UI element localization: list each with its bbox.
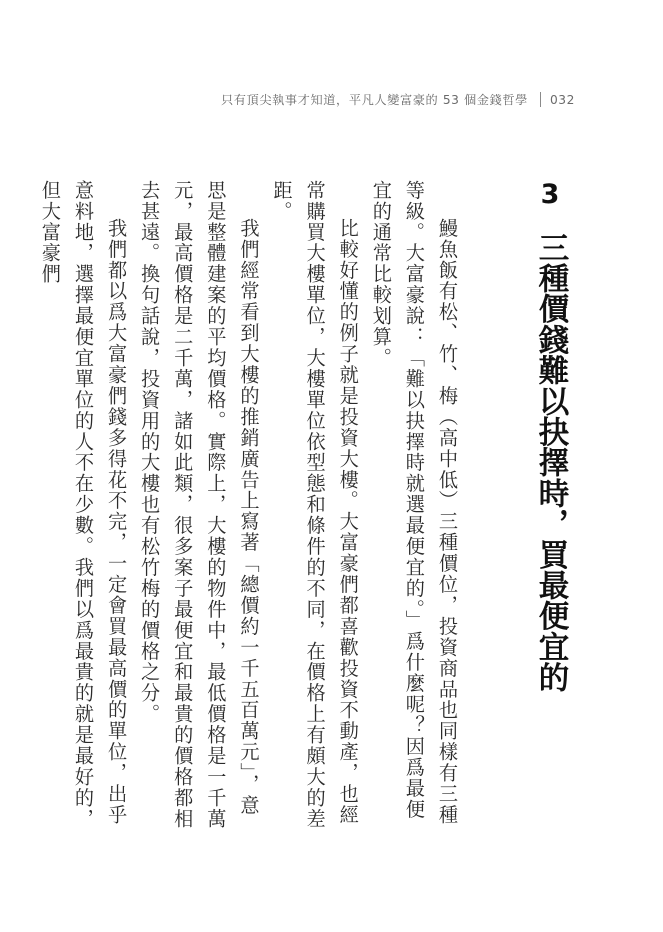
book-page: 只有頂尖執事才知道，平凡人變富豪的 53 個金錢哲學 032 3 三種價錢難以抉… — [0, 0, 663, 932]
paragraph: 鰻魚飯有松、竹、梅（高中低）三種價位，投資商品也同樣有三種等級。大富豪說：「難以… — [365, 180, 464, 830]
book-title: 只有頂尖執事才知道，平凡人變富豪的 53 個金錢哲學 — [221, 91, 528, 108]
body-text: 鰻魚飯有松、竹、梅（高中低）三種價位，投資商品也同樣有三種等級。大富豪說：「難以… — [34, 180, 464, 830]
running-header: 只有頂尖執事才知道，平凡人變富豪的 53 個金錢哲學 032 — [221, 91, 575, 108]
paragraph: 我們經常看到大樓的推銷廣告上寫著「總價約一千五百萬元」，意思是整體建案的平均價格… — [133, 180, 265, 830]
chapter-title: 三種價錢難以抉擇時，買最便宜的 — [531, 232, 569, 693]
paragraph: 我們都以爲大富豪們錢多得花不完，一定會買最高價的單位，出乎意料地，選擇最便宜單位… — [34, 180, 133, 830]
chapter-number: 3 — [536, 180, 564, 210]
paragraph: 比較好懂的例子就是投資大樓。大富豪們都喜歡投資不動產，也經常購買大樓單位，大樓單… — [265, 180, 364, 830]
header-divider — [540, 92, 541, 107]
page-number: 032 — [550, 93, 575, 107]
